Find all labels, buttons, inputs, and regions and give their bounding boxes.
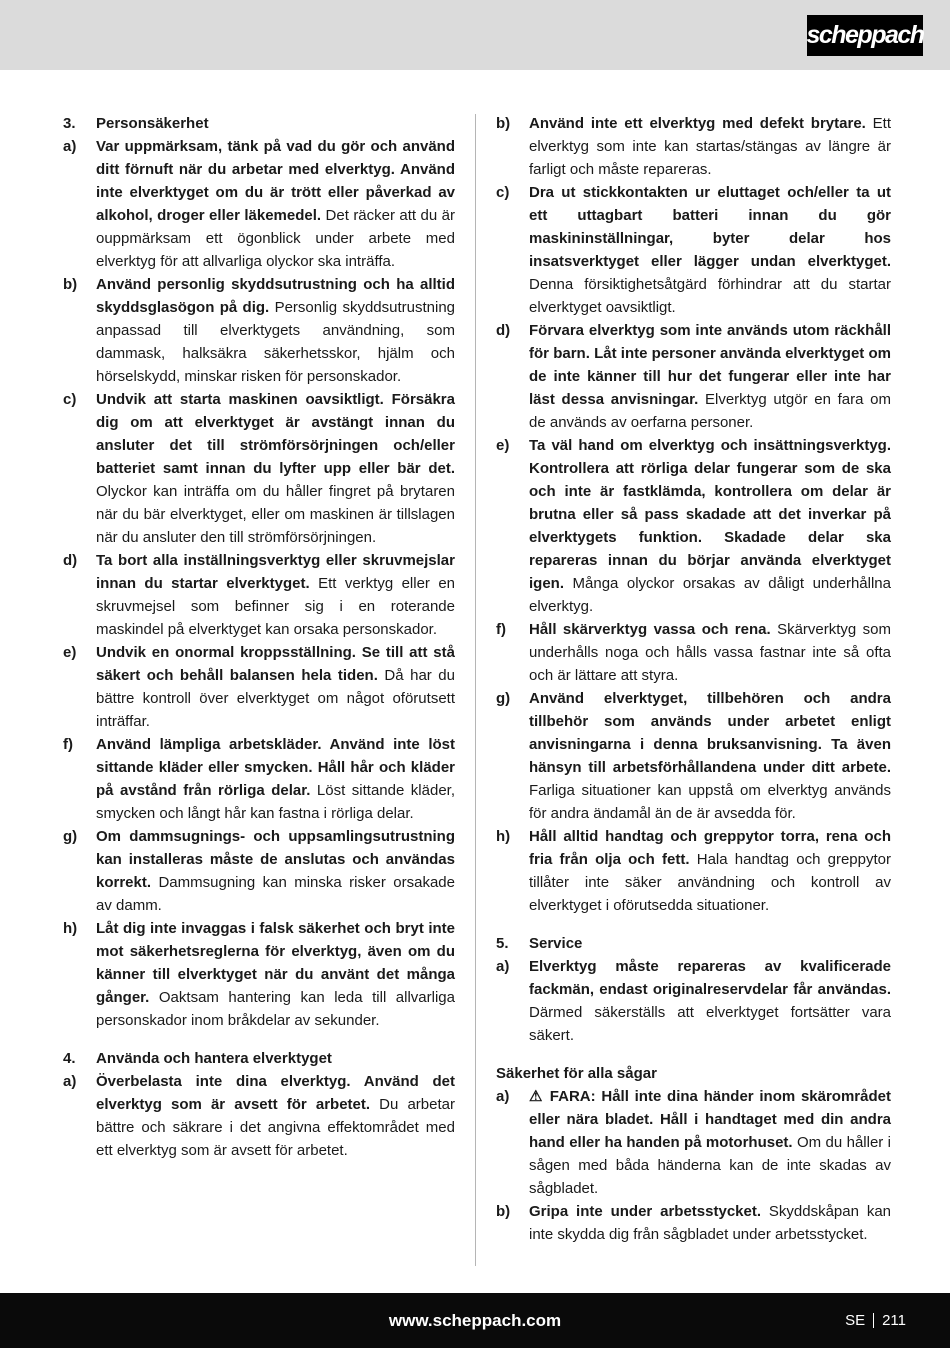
item-regular-text: Olyckor kan inträffa om du håller fingre… xyxy=(96,483,455,546)
item-text: Ta väl hand om elverktyg och insättnings… xyxy=(529,434,891,618)
page-indicator: SE 211 xyxy=(845,1293,906,1348)
safety-item-4c: c) Dra ut stickkontakten ur eluttaget oc… xyxy=(496,181,891,319)
item-bold-text: Använd inte ett elverktyg med defekt bry… xyxy=(529,115,866,132)
item-text: Låt dig inte invaggas i falsk säkerhet o… xyxy=(96,917,455,1032)
item-letter: d) xyxy=(63,549,96,641)
safety-item-3e: e) Undvik en onormal kroppsställning. Se… xyxy=(63,641,455,733)
item-text: Överbelasta inte dina elverktyg. Använd … xyxy=(96,1070,455,1162)
item-regular-text: Farliga situationer kan uppstå om elverk… xyxy=(529,782,891,822)
safety-item-5a: a) Elverktyg måste repareras av kvalific… xyxy=(496,955,891,1047)
item-text: Gripa inte under arbetsstycket. Skyddskå… xyxy=(529,1200,891,1246)
item-letter: g) xyxy=(63,825,96,917)
safety-item-4g: g) Använd elverktyget, tillbehören och a… xyxy=(496,687,891,825)
vertical-spacer xyxy=(63,1032,455,1047)
item-letter: b) xyxy=(63,273,96,388)
section-5-heading: 5. Service xyxy=(496,932,891,955)
safety-item-4d: d) Förvara elverktyg som inte används ut… xyxy=(496,319,891,434)
safety-item-3f: f) Använd lämpliga arbetskläder. Använd … xyxy=(63,733,455,825)
vertical-spacer xyxy=(496,1047,891,1062)
item-letter: d) xyxy=(496,319,529,434)
saw-safety-item-b: b) Gripa inte under arbetsstycket. Skydd… xyxy=(496,1200,891,1246)
section-3-heading: 3. Personsäkerhet xyxy=(63,112,455,135)
item-text: Förvara elverktyg som inte används utom … xyxy=(529,319,891,434)
item-text: Dra ut stickkontakten ur eluttaget och/e… xyxy=(529,181,891,319)
item-letter: h) xyxy=(496,825,529,917)
item-letter: f) xyxy=(63,733,96,825)
safety-item-3d: d) Ta bort alla inställningsverktyg elle… xyxy=(63,549,455,641)
item-letter: a) xyxy=(63,135,96,273)
item-bold-text: Använd elverktyget, tillbehören och andr… xyxy=(529,690,891,776)
saw-safety-heading: Säkerhet för alla sågar xyxy=(496,1062,891,1085)
vertical-spacer xyxy=(496,917,891,932)
item-text: Ta bort alla inställningsverktyg eller s… xyxy=(96,549,455,641)
item-regular-text: Många olyckor orsakas av dåligt underhål… xyxy=(529,575,891,615)
page-number: 211 xyxy=(882,1312,906,1329)
saw-safety-item-a: a) ⚠ FARA: Håll inte dina händer inom sk… xyxy=(496,1085,891,1200)
item-letter: a) xyxy=(496,955,529,1047)
section-number: 5. xyxy=(496,932,529,955)
safety-item-3a: a) Var uppmärksam, tänk på vad du gör oc… xyxy=(63,135,455,273)
item-regular-text: Denna försiktighetsåtgärd förhindrar att… xyxy=(529,276,891,316)
item-bold-text: Dra ut stickkontakten ur eluttaget och/e… xyxy=(529,184,891,270)
item-text: Om dammsugnings- och uppsamlingsutrustni… xyxy=(96,825,455,917)
right-column: b) Använd inte ett elverktyg med defekt … xyxy=(496,112,891,1266)
language-code: SE xyxy=(845,1312,865,1329)
section-title: Använda och hantera elverktyget xyxy=(96,1047,332,1070)
item-letter: a) xyxy=(496,1085,529,1200)
item-letter: e) xyxy=(496,434,529,618)
item-letter: e) xyxy=(63,641,96,733)
logo-text: scheppach xyxy=(806,21,923,50)
section-number: 3. xyxy=(63,112,96,135)
item-text: Håll skärverktyg vassa och rena. Skärver… xyxy=(529,618,891,687)
item-bold-text: Undvik att starta maskinen oavsiktligt. … xyxy=(96,391,455,477)
item-text: Undvik att starta maskinen oavsiktligt. … xyxy=(96,388,455,549)
footer-bar: www.scheppach.com SE 211 xyxy=(0,1293,950,1348)
item-text: Använd personlig skyddsutrustning och ha… xyxy=(96,273,455,388)
footer-url: www.scheppach.com xyxy=(0,1293,950,1348)
item-text: Använd elverktyget, tillbehören och andr… xyxy=(529,687,891,825)
item-regular-text: Därmed säkerställs att elverktyget forts… xyxy=(529,1004,891,1044)
item-letter: a) xyxy=(63,1070,96,1162)
safety-item-3h: h) Låt dig inte invaggas i falsk säkerhe… xyxy=(63,917,455,1032)
item-bold-text: Håll skärverktyg vassa och rena. xyxy=(529,621,771,638)
item-text: Håll alltid handtag och greppytor torra,… xyxy=(529,825,891,917)
item-text: ⚠ FARA: Håll inte dina händer inom skäro… xyxy=(529,1085,891,1200)
item-text: Elverktyg måste repareras av kvalificera… xyxy=(529,955,891,1047)
item-text: Använd lämpliga arbetskläder. Använd int… xyxy=(96,733,455,825)
scheppach-logo: scheppach xyxy=(807,15,923,56)
item-letter: g) xyxy=(496,687,529,825)
item-text: Använd inte ett elverktyg med defekt bry… xyxy=(529,112,891,181)
item-letter: h) xyxy=(63,917,96,1032)
item-letter: f) xyxy=(496,618,529,687)
safety-item-3g: g) Om dammsugnings- och uppsamlingsutrus… xyxy=(63,825,455,917)
safety-item-4e: e) Ta väl hand om elverktyg och insättni… xyxy=(496,434,891,618)
header-bar: scheppach xyxy=(0,0,950,70)
separator-bar xyxy=(873,1313,874,1328)
section-title: Service xyxy=(529,932,582,955)
section-number: 4. xyxy=(63,1047,96,1070)
safety-item-4h: h) Håll alltid handtag och greppytor tor… xyxy=(496,825,891,917)
item-regular-text: Oaktsam hantering kan leda till allvarli… xyxy=(96,989,455,1029)
safety-item-3b: b) Använd personlig skyddsutrustning och… xyxy=(63,273,455,388)
safety-item-4f: f) Håll skärverktyg vassa och rena. Skär… xyxy=(496,618,891,687)
item-letter: b) xyxy=(496,112,529,181)
item-letter: b) xyxy=(496,1200,529,1246)
left-column: 3. Personsäkerhet a) Var uppmärksam, tän… xyxy=(63,112,455,1266)
safety-item-3c: c) Undvik att starta maskinen oavsiktlig… xyxy=(63,388,455,549)
safety-item-4a: a) Överbelasta inte dina elverktyg. Anvä… xyxy=(63,1070,455,1162)
item-letter: c) xyxy=(63,388,96,549)
item-text: Undvik en onormal kroppsställning. Se ti… xyxy=(96,641,455,733)
page-content: 3. Personsäkerhet a) Var uppmärksam, tän… xyxy=(0,70,950,1266)
item-bold-text: Ta väl hand om elverktyg och insättnings… xyxy=(529,437,891,592)
warning-triangle-icon: ⚠ xyxy=(529,1088,544,1105)
item-bold-text: Gripa inte under arbetsstycket. xyxy=(529,1203,761,1220)
item-bold-text: Elverktyg måste repareras av kvalificera… xyxy=(529,958,891,998)
column-divider xyxy=(475,114,476,1266)
section-title: Personsäkerhet xyxy=(96,112,209,135)
item-letter: c) xyxy=(496,181,529,319)
item-text: Var uppmärksam, tänk på vad du gör och a… xyxy=(96,135,455,273)
section-4-heading: 4. Använda och hantera elverktyget xyxy=(63,1047,455,1070)
manual-page: scheppach 3. Personsäkerhet a) Var uppmä… xyxy=(0,0,950,1348)
safety-item-4b: b) Använd inte ett elverktyg med defekt … xyxy=(496,112,891,181)
